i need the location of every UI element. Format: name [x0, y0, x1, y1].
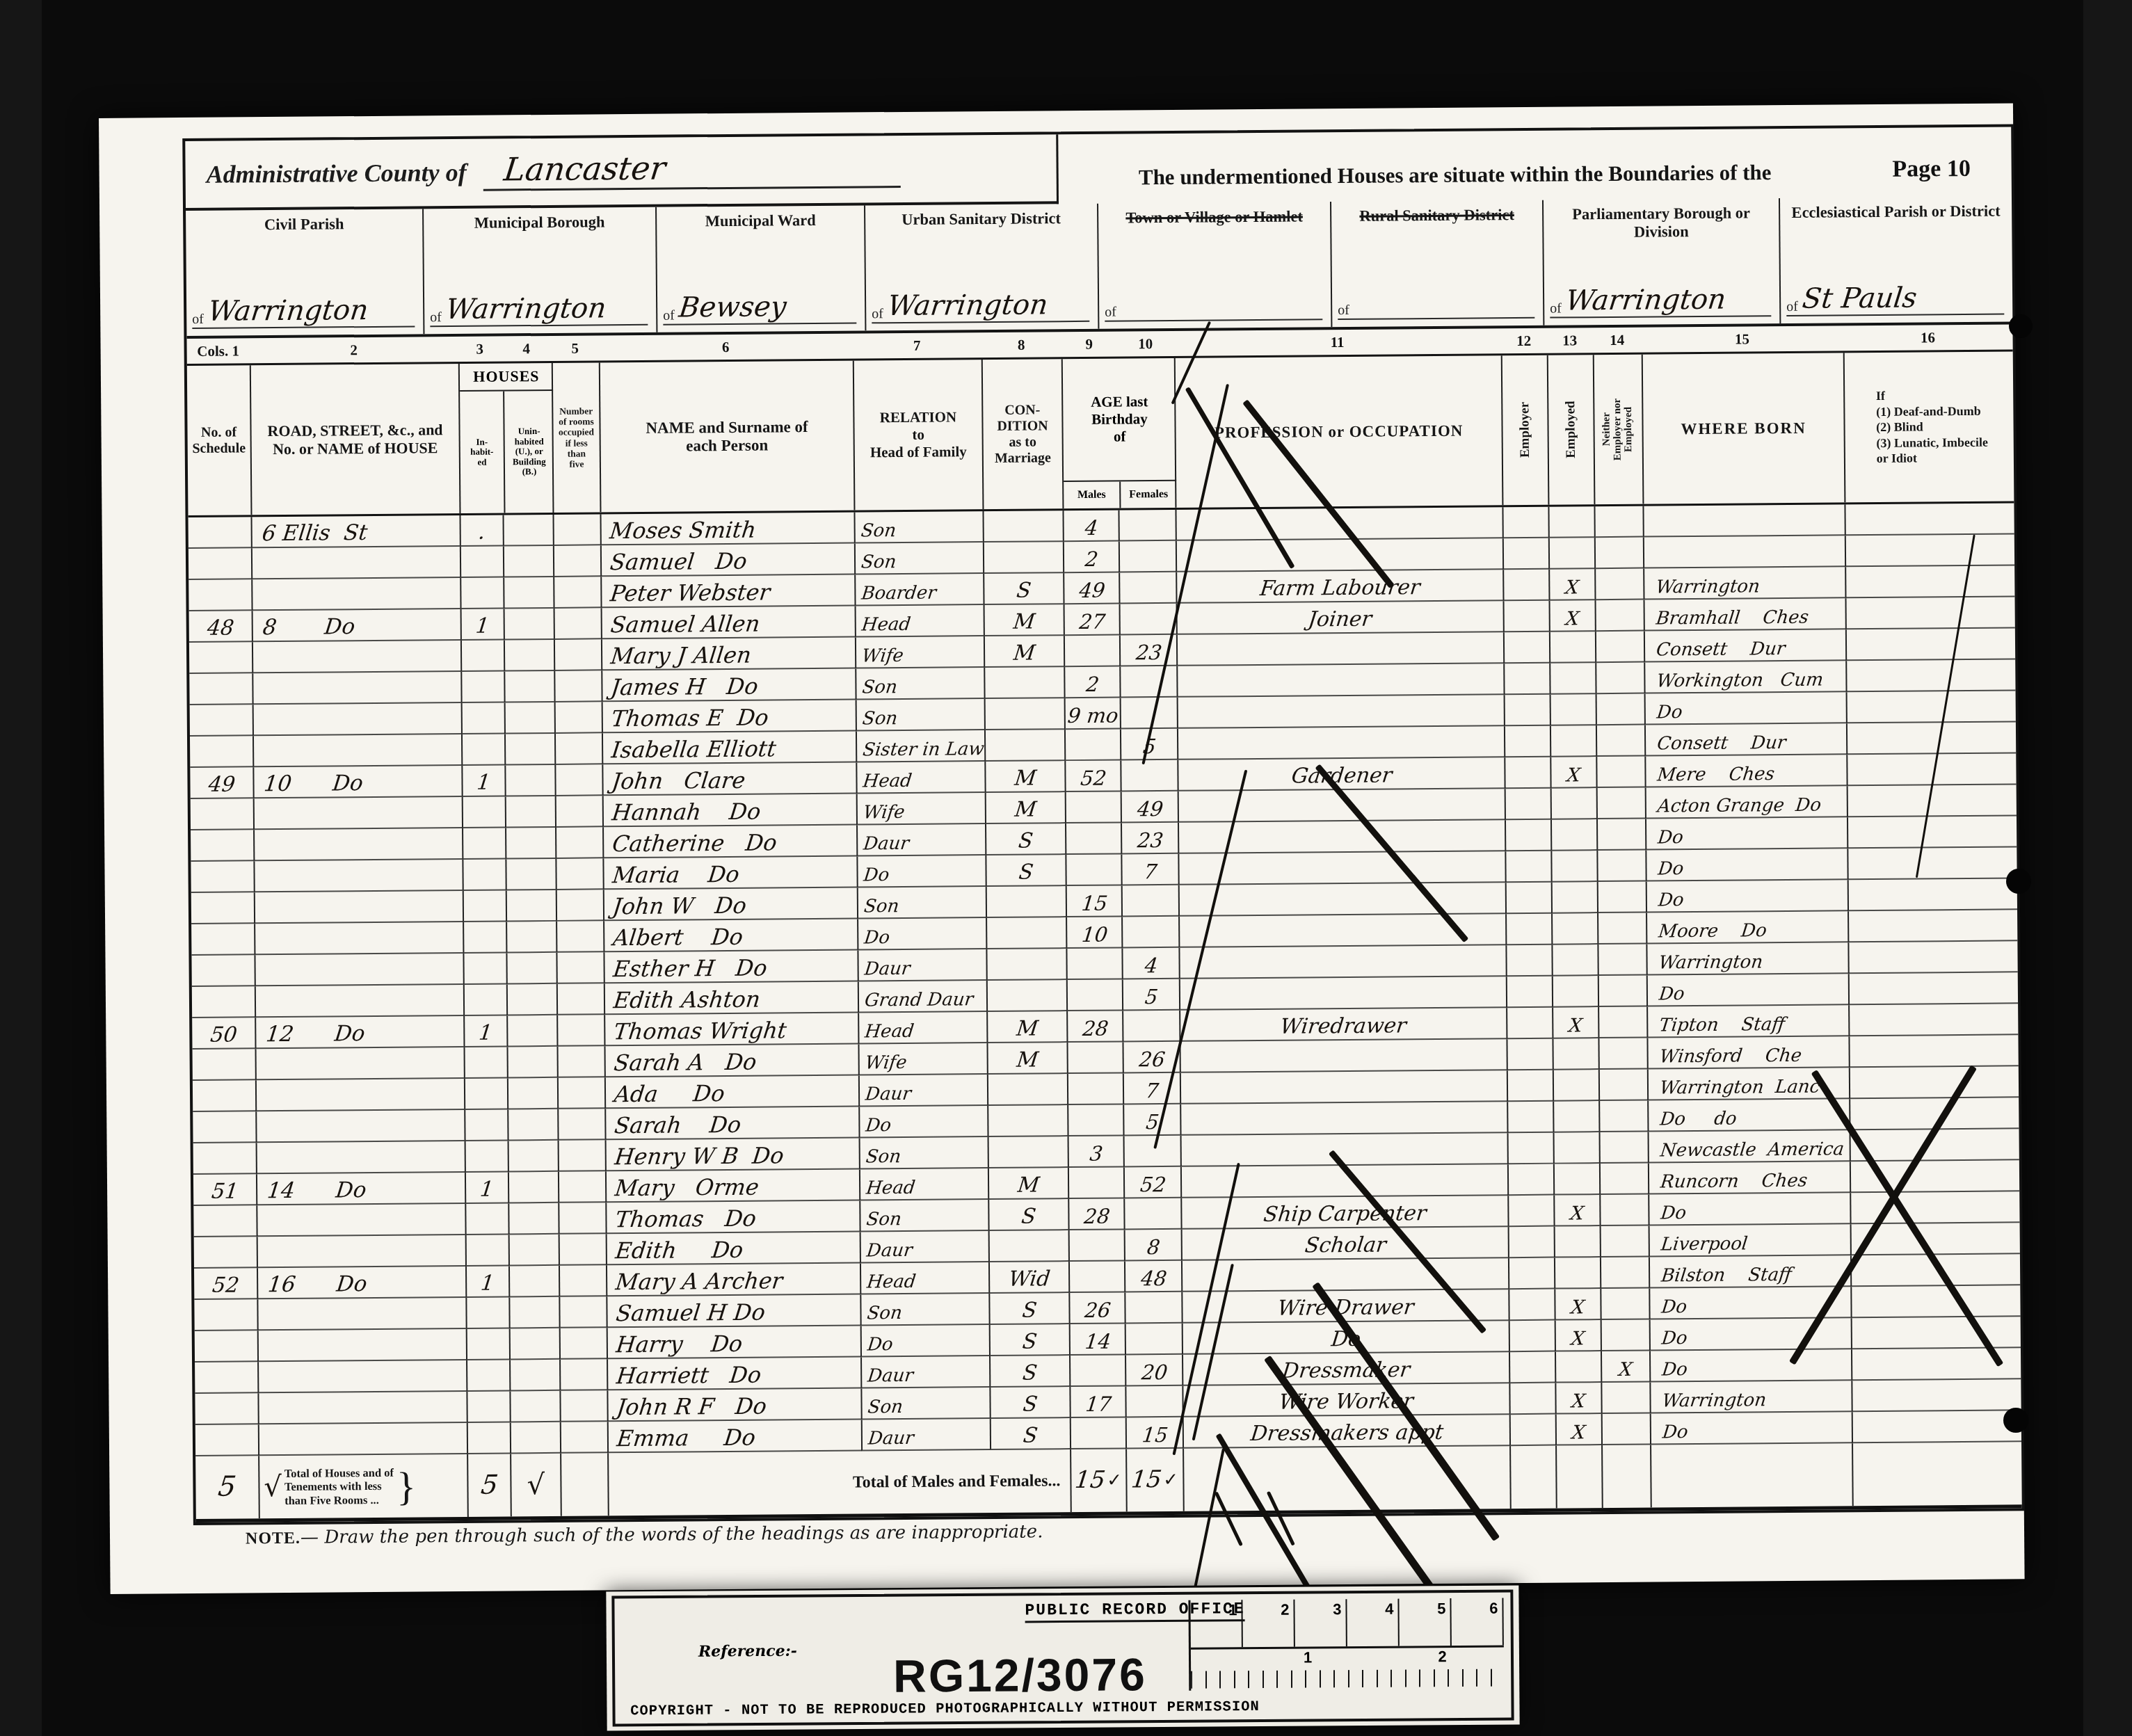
handwritten-entry: 6 Ellis St [251, 522, 369, 547]
handwritten-entry: 10 [1080, 925, 1109, 947]
film-edge-right [2083, 0, 2132, 1736]
handwritten-entry: M [1012, 643, 1036, 666]
page-number: Page 10 [1851, 127, 2012, 198]
cell-infirm [1845, 534, 2014, 567]
col-number: 2 [249, 337, 458, 363]
handwritten-entry: Do [1646, 828, 1685, 849]
cell-sched [193, 1205, 256, 1237]
pro-stamp-box: PUBLIC RECORD OFFICE Reference:- RG12/30… [611, 1589, 1514, 1726]
cell-name: Catherine Do [602, 825, 856, 858]
cell-employed [1552, 976, 1598, 1008]
cell-road [251, 547, 460, 579]
handwritten-entry: Samuel Allen [601, 613, 761, 638]
cell-inh [462, 859, 505, 890]
handwritten-entry: 8 [1146, 1237, 1161, 1260]
handwritten-entry: Winsford Che [1647, 1047, 1802, 1068]
cell-relation: Son [859, 1200, 988, 1232]
district-label: Town or Village or Hamlet [1098, 207, 1330, 227]
cell-employer [1508, 1258, 1554, 1290]
cell-inh [467, 1422, 510, 1454]
cell-age_m: 27 [1064, 604, 1119, 636]
cell-name: Thomas E Do [602, 700, 856, 733]
totals-row: 5 √ Total of Houses and of Tenements wit… [195, 1442, 2022, 1522]
cell-employed [1550, 694, 1596, 726]
handwritten-entry: Wife [856, 803, 906, 824]
handwritten-entry: Mary J Allen [601, 644, 753, 670]
cell-employer [1503, 601, 1549, 633]
admin-county-value: Lancaster [483, 150, 900, 191]
cell-rooms [555, 827, 602, 859]
cell-age_m: 49 [1063, 573, 1119, 605]
cell-employed: X [1555, 1320, 1601, 1352]
district-label: Parliamentary Borough or Division [1544, 204, 1779, 241]
cell-uninh [509, 1328, 559, 1360]
cell-road [254, 891, 463, 924]
cell-name: Moses Smith [600, 512, 853, 545]
district-label: Ecclesiastical Parish or District [1780, 202, 2012, 221]
cell-occupation [1177, 695, 1504, 729]
cell-occupation: Wire Worker [1182, 1383, 1509, 1417]
cell-road [251, 578, 460, 611]
handwritten-entry: M [1013, 799, 1038, 822]
census-page: Administrative County of Lancaster The u… [99, 103, 2025, 1594]
col-number: 16 [1843, 324, 2012, 351]
cell-sched [195, 1393, 257, 1425]
ruler-cm-number: 6 [1451, 1598, 1503, 1646]
cell-name: James H Do [601, 668, 855, 702]
cell-employer [1502, 507, 1548, 539]
cell-infirm [1845, 628, 2015, 661]
cell-neither [1596, 694, 1644, 726]
handwritten-entry: Son [854, 553, 897, 573]
handwritten-entry: Consett Dur [1644, 734, 1786, 755]
cell-infirm [1848, 878, 2017, 911]
handwritten-entry: Moses Smith [600, 519, 758, 545]
cell-born: Acton Grange Do [1645, 786, 1847, 819]
cell-inh [465, 1203, 508, 1235]
cell-sched [194, 1299, 257, 1331]
cell-infirm [1851, 1379, 2021, 1412]
cell-name: Harry Do [607, 1326, 860, 1359]
cell-rooms [559, 1234, 606, 1266]
cell-rooms [556, 890, 603, 922]
cell-rooms [559, 1359, 607, 1391]
cell-condition: M [984, 604, 1064, 636]
cell-infirm [1848, 972, 2018, 1005]
cell-relation: Daur [858, 1075, 987, 1107]
cell-name: Sarah Do [604, 1107, 858, 1140]
cell-relation: Do [860, 1325, 989, 1357]
cell-sched [191, 924, 254, 956]
cell-occupation: Dressmaker [1182, 1352, 1509, 1386]
cell-employer [1508, 1289, 1554, 1321]
cell-age_f [1119, 666, 1176, 698]
handwritten-entry: Grand Daur [858, 990, 974, 1011]
cell-rooms [554, 639, 601, 671]
handwritten-entry: Daur [861, 1429, 915, 1450]
col-header-where-born: WHERE BORN [1642, 353, 1845, 504]
handwritten-entry: 4 [1144, 956, 1159, 978]
cell-born: Tipton Staff [1646, 1005, 1848, 1038]
cell-rooms [557, 1109, 604, 1141]
district-cell: Urban Sanitary DistrictofWarrington [864, 204, 1098, 331]
cell-neither [1597, 882, 1646, 914]
cell-age_m: 14 [1069, 1324, 1125, 1356]
cell-condition: M [984, 636, 1064, 668]
cell-neither [1594, 538, 1643, 570]
cell-neither [1599, 1132, 1648, 1164]
cell-condition: S [983, 573, 1063, 605]
cell-infirm [1847, 816, 2017, 849]
handwritten-entry: Acton Grange Do [1645, 796, 1822, 818]
handwritten-entry: 2 [1084, 675, 1100, 697]
cell-uninh [507, 1109, 557, 1141]
cell-rooms [559, 1390, 607, 1422]
cell-inh: 1 [465, 1172, 508, 1203]
copyright-line: COPYRIGHT - NOT TO BE REPRODUCED PHOTOGR… [615, 1699, 1274, 1720]
totals-houses-label-cell: √ Total of Houses and of Tenements with … [258, 1454, 467, 1518]
col-number: 6 [598, 334, 852, 361]
handwritten-entry: Edith Do [606, 1239, 744, 1264]
cell-sched: 51 [193, 1174, 256, 1206]
cell-inh [464, 1047, 507, 1078]
cell-employer [1505, 851, 1550, 883]
handwritten-entry: Head [856, 772, 913, 793]
handwritten-entry: Warrington Lanc [1647, 1078, 1820, 1100]
col-header-age-group: AGE last Birthday of Males Females [1061, 358, 1176, 508]
cell-occupation [1180, 1102, 1507, 1136]
handwritten-entry: Do [1646, 860, 1685, 880]
handwritten-entry: Do [1646, 891, 1685, 911]
handwritten-entry: Do [1646, 985, 1685, 1005]
handwritten-entry: Newcastle America [1648, 1140, 1845, 1162]
handwritten-entry: Do [1650, 1423, 1689, 1443]
district-label: Rural Sanitary District [1331, 206, 1542, 225]
cell-road [252, 641, 460, 673]
of-word: of [192, 312, 204, 328]
cell-relation: Boarder [854, 574, 983, 606]
cell-uninh [506, 984, 556, 1016]
district-value: ofWarrington [192, 285, 415, 329]
cell-age_f: 23 [1121, 823, 1178, 855]
cell-rooms [554, 670, 601, 702]
cell-name: Albert Do [603, 919, 857, 952]
cell-relation: Son [856, 699, 984, 731]
cell-uninh [510, 1422, 560, 1454]
handwritten-entry: Dressmaker [1281, 1360, 1411, 1383]
cell-employed: X [1555, 1383, 1601, 1415]
handwritten-entry: X [1564, 578, 1580, 599]
cell-inh [463, 890, 506, 922]
cell-road: 10 Do [253, 766, 461, 798]
handwritten-entry: Bramhall Ches [1644, 609, 1809, 630]
cell-neither [1596, 819, 1645, 851]
handwritten-entry: 14 [1084, 1332, 1112, 1354]
cell-uninh [502, 515, 552, 547]
cell-name: Edith Ashton [604, 981, 858, 1015]
cell-employer [1503, 632, 1549, 664]
handwritten-entry: Sarah Do [604, 1114, 742, 1139]
cell-age_f [1122, 1011, 1179, 1043]
cell-employer [1505, 883, 1551, 915]
cell-neither [1598, 1038, 1646, 1070]
cell-uninh [508, 1203, 558, 1235]
cell-inh [465, 1141, 508, 1172]
cell-infirm [1845, 659, 2015, 692]
handwritten-entry: Head [855, 616, 912, 636]
cell-occupation: Dressmakers appt [1183, 1415, 1509, 1449]
totals-females-value: 15✓ [1125, 1449, 1183, 1512]
cell-age_f [1120, 760, 1177, 792]
district-cell: Rural Sanitary Districtof [1330, 200, 1543, 327]
handwritten-entry: 3 [1089, 1144, 1104, 1166]
punch-hole [2003, 1408, 2028, 1433]
col-header-inhabited: In- habit- ed [460, 391, 504, 513]
cell-age_f [1123, 1136, 1180, 1168]
cell-infirm [1849, 1066, 2019, 1099]
cell-relation: Head [859, 1168, 988, 1200]
cell-occupation [1176, 538, 1502, 572]
handwritten-entry: 48 [1139, 1269, 1168, 1291]
cell-inh [464, 1109, 507, 1141]
handwritten-entry: X [1571, 1423, 1587, 1444]
handwritten-entry: Head [859, 1179, 916, 1200]
handwritten-entry: John R F Do [607, 1395, 768, 1421]
cell-rooms [555, 858, 602, 890]
cell-employer [1505, 789, 1550, 821]
cell-age_m: 28 [1066, 1011, 1122, 1043]
cell-condition [984, 667, 1064, 699]
cell-born: Bramhall Ches [1644, 598, 1845, 631]
cell-born: Runcorn Ches [1648, 1162, 1850, 1194]
footer-note: NOTE.— Draw the pen through such of the … [246, 1521, 1043, 1548]
col-number: 13 [1546, 328, 1592, 353]
district-handwritten-value: Warrington [885, 291, 1049, 322]
cell-neither [1598, 1070, 1647, 1102]
handwritten-entry: Gardener [1290, 765, 1393, 789]
cell-condition: S [985, 823, 1065, 855]
cell-condition [987, 1074, 1067, 1106]
cell-neither [1594, 506, 1642, 538]
cell-age_m [1069, 1355, 1125, 1387]
cell-relation: Head [856, 762, 984, 794]
cell-born: Do [1648, 1193, 1850, 1225]
cell-occupation [1177, 726, 1504, 760]
col-header-relation: RELATION to Head of Family [853, 360, 983, 510]
col-number: 5 [551, 335, 598, 361]
handwritten-entry: Do [1650, 1360, 1689, 1381]
handwritten-entry: 1 [479, 1180, 495, 1203]
cell-infirm [1847, 847, 2017, 880]
cell-rooms [559, 1328, 607, 1360]
handwritten-entry: Daur [860, 1241, 913, 1262]
handwritten-entry: Do [858, 929, 891, 949]
handwritten-entry: Ada Do [604, 1082, 726, 1107]
district-value: ofWarrington [872, 280, 1089, 323]
cell-condition: S [990, 1418, 1070, 1450]
ruler-inch-scale: 12 [1191, 1648, 1504, 1689]
cell-inh [460, 546, 503, 577]
cell-employed [1551, 913, 1597, 945]
cell-sched: 48 [189, 611, 252, 643]
handwritten-entry: Edith Ashton [604, 988, 762, 1014]
column-header-row: No. of Schedule ROAD, STREET, &c., and N… [187, 351, 2014, 517]
cell-road [253, 860, 462, 892]
handwritten-entry: M [1016, 1175, 1041, 1198]
cell-sched [191, 955, 254, 987]
cell-relation: Do [858, 1106, 987, 1138]
cell-occupation [1180, 1070, 1507, 1104]
handwritten-entry: Head [858, 1022, 915, 1043]
totals-employed-cell [1555, 1445, 1602, 1509]
ink-strokes [99, 103, 2013, 118]
cell-sched [194, 1237, 257, 1269]
cell-age_f: 4 [1121, 948, 1178, 980]
handwritten-entry: X [1618, 1360, 1634, 1381]
cell-neither [1595, 600, 1644, 632]
cell-uninh [505, 859, 555, 891]
cell-employer [1505, 820, 1550, 852]
cell-uninh [503, 577, 553, 609]
handwritten-entry: 23 [1136, 830, 1164, 853]
district-row: Civil ParishofWarringtonMunicipal Boroug… [186, 196, 2012, 339]
cell-name: Samuel Allen [601, 606, 855, 639]
cell-uninh [504, 671, 554, 703]
cell-name: Mary A Archer [606, 1263, 860, 1296]
cell-road [257, 1392, 466, 1424]
cell-employer [1509, 1321, 1555, 1353]
cell-born: Do do [1647, 1099, 1849, 1132]
cell-infirm [1851, 1317, 2021, 1349]
col-header-occupation: PROFESSION or OCCUPATION [1174, 355, 1502, 508]
cell-relation: Do [856, 855, 985, 887]
cell-condition [986, 980, 1066, 1012]
cell-road [253, 797, 462, 830]
cell-neither [1594, 569, 1643, 601]
cell-born: Newcastle America [1648, 1130, 1850, 1163]
cell-employed: X [1552, 1007, 1598, 1039]
cell-inh [464, 1078, 507, 1109]
handwritten-entry: 12 Do [255, 1023, 366, 1047]
admin-county-label: Administrative County of [206, 158, 466, 189]
handwritten-entry: S [1022, 1425, 1039, 1448]
of-word: of [1338, 303, 1349, 319]
cell-employed [1552, 1038, 1598, 1070]
cell-relation: Grand Daur [858, 981, 986, 1013]
cell-relation: Son [859, 1137, 988, 1169]
handwritten-entry: 16 Do [257, 1273, 368, 1298]
district-cell: Municipal WardofBewsey [655, 205, 865, 332]
cell-uninh [507, 1047, 557, 1079]
cell-uninh [509, 1360, 559, 1392]
district-handwritten-value: Warrington [444, 294, 607, 325]
district-cell: Town or Village or Hamletof [1097, 202, 1331, 329]
handwritten-entry: X [1570, 1298, 1586, 1319]
cell-uninh [506, 953, 556, 985]
cell-employed [1553, 1101, 1598, 1133]
handwritten-entry: Son [856, 709, 899, 730]
cell-inh [466, 1391, 509, 1422]
handwritten-entry: Thomas Wright [604, 1019, 787, 1045]
cell-inh [462, 796, 505, 828]
cell-neither [1598, 1007, 1646, 1039]
handwritten-entry: Tipton Staff [1647, 1015, 1786, 1037]
handwritten-entry: 50 [209, 1024, 238, 1047]
handwritten-entry: John Clare [602, 769, 747, 795]
cell-road [253, 734, 461, 767]
cell-age_f: 26 [1122, 1042, 1179, 1074]
cell-relation: Son [860, 1294, 988, 1326]
cell-sched [193, 1080, 255, 1112]
cell-employed [1555, 1351, 1601, 1383]
cell-age_m [1068, 1167, 1123, 1199]
cell-employed: X [1548, 569, 1594, 601]
cell-age_m: 9 mo [1064, 698, 1120, 730]
cell-name: John W Do [603, 887, 857, 921]
cell-name: Thomas Do [605, 1200, 859, 1234]
cell-sched: 50 [192, 1018, 255, 1050]
cell-born: Consett Dur [1644, 723, 1846, 756]
handwritten-entry: S [1018, 862, 1034, 885]
cell-relation: Head [860, 1262, 988, 1294]
cell-condition: M [984, 761, 1064, 793]
cell-occupation [1178, 883, 1505, 917]
cell-age_m [1070, 1417, 1125, 1449]
col-number: 12 [1500, 328, 1546, 354]
cell-sched [191, 798, 253, 830]
cell-employer [1505, 914, 1551, 946]
district-label: Civil Parish [186, 214, 422, 234]
cell-age_f: 7 [1121, 854, 1178, 886]
cell-infirm [1848, 910, 2017, 942]
cell-uninh [506, 922, 556, 954]
cell-road [254, 922, 463, 955]
cell-born: Moore Do [1646, 911, 1848, 944]
cell-sched: 49 [190, 767, 253, 799]
ruler-cm-scale: 123456 [1190, 1598, 1503, 1650]
cell-age_f [1120, 698, 1177, 730]
cell-uninh [505, 796, 555, 828]
handwritten-entry: S [1021, 1331, 1038, 1354]
cell-name: Sarah A Do [604, 1044, 858, 1077]
handwritten-entry: Son [854, 522, 897, 542]
handwritten-entry: 49 [1136, 799, 1164, 821]
cell-name: Peter Webster [600, 574, 854, 608]
handwritten-entry: Wife [858, 1054, 908, 1075]
handwritten-entry: Peter Webster [600, 581, 771, 606]
handwritten-entry: S [1018, 830, 1034, 853]
cell-neither [1601, 1414, 1650, 1446]
cell-age_f: 5 [1123, 1104, 1180, 1136]
handwritten-entry: Moore Do [1646, 922, 1768, 942]
cell-born: Bilston Staff [1649, 1255, 1850, 1288]
col-number: Cols. 1 [186, 338, 249, 364]
cell-rooms [558, 1203, 605, 1235]
cell-born: Do [1644, 692, 1846, 725]
cell-age_m: 10 [1066, 917, 1121, 949]
cell-name: Hannah Do [602, 794, 856, 827]
cell-employed [1550, 725, 1596, 757]
of-word: of [1105, 305, 1116, 321]
cell-employed [1548, 506, 1594, 538]
cell-name: Emma Do [607, 1420, 861, 1453]
cell-age_f [1118, 510, 1175, 542]
cell-employed [1553, 1070, 1598, 1102]
handwritten-entry: Samuel H Do [607, 1301, 767, 1327]
cell-employer [1505, 945, 1551, 977]
handwritten-entry: 27 [1077, 612, 1106, 634]
cell-age_m [1066, 1042, 1122, 1074]
